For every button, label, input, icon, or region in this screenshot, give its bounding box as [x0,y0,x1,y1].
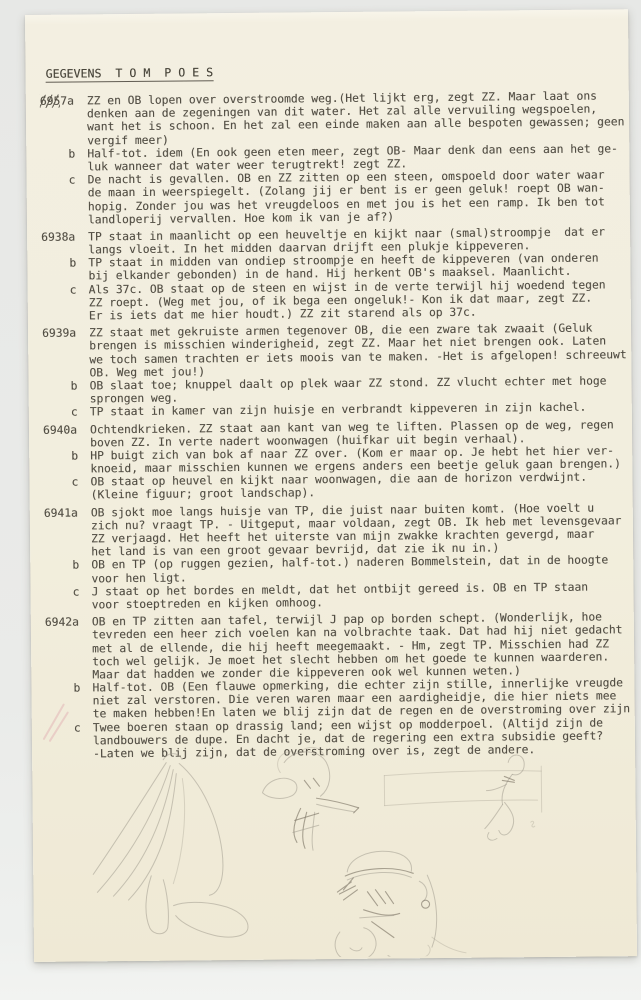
entry: 6941aOB sjokt moe langs huisje van TP, d… [44,501,634,612]
entry-item: cAls 37c. OB staat op de steen en wijst … [42,278,631,323]
item-letter: b [71,449,78,462]
entry-item: bHalf-tot. OB (Een flauwe opmerking, die… [45,676,634,721]
item-letter: b [72,559,79,572]
item-letter: b [71,379,78,392]
entry-item: OB sjokt moe langs huisje van TP, die ju… [44,501,633,559]
pencil-sketches [32,739,636,960]
entry: 6957aZZ en OB lopen over overstroomde we… [40,89,630,227]
entry-item: cJ staat op het bordes en meldt, dat het… [44,580,633,612]
typed-content: GEGEVENS T O M P O E S 6957aZZ en OB lop… [39,57,635,765]
entry: 6942aOB en TP zitten aan tafel, terwijl … [45,610,635,761]
item-letter: c [70,283,77,296]
item-letter: c [74,721,81,734]
entries: 6957aZZ en OB lopen over overstroomde we… [40,89,635,761]
item-letter: b [69,257,76,270]
item-letter: b [68,147,75,160]
document-page: GEGEVENS T O M P O E S 6957aZZ en OB lop… [25,9,637,962]
entry-item: OB en TP zitten aan tafel, terwijl J pap… [45,610,635,682]
sketch-capped-head [334,851,466,960]
entry: 6940aOchtendkrieken. ZZ staat aan kant v… [43,418,633,503]
document-title: GEGEVENS T O M P O E S [45,65,213,83]
item-letter: c [72,585,79,598]
sketch-bird-head [262,747,359,851]
pink-pencil-marks [40,695,72,747]
item-letter: c [69,174,76,187]
sketch-long-haired-figure [92,753,248,938]
entry-item: cDe nacht is gevallen. OB en ZZ zitten o… [41,168,630,226]
item-letter: b [73,682,80,695]
entry-item: ZZ staat met gekruiste armen tegenover O… [42,321,631,379]
entry-item: cOB staat op heuvel en kijkt naar woonwa… [43,470,632,502]
sketch-fence-and-climbing-figure [384,755,542,841]
entry: 6938aTP staat in maanlicht op een heuvel… [41,225,631,323]
item-letter: c [71,476,78,489]
entry-item: ZZ en OB lopen over overstroomde weg.(He… [40,89,629,147]
item-letter: c [71,406,78,419]
entry: 6939aZZ staat met gekruiste armen tegeno… [42,321,632,419]
